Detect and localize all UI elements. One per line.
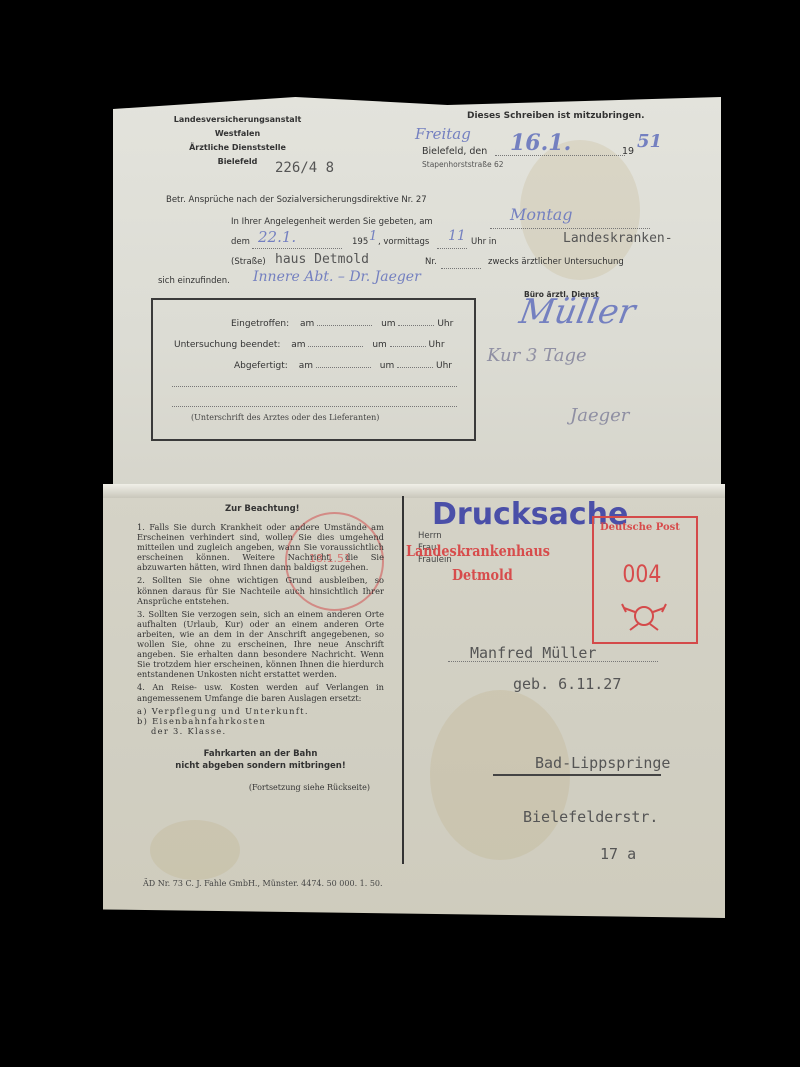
label-uhr: Uhr (429, 340, 445, 350)
handwritten-date: 16.1. (510, 130, 571, 156)
label-vormittags: , vormittags (378, 237, 429, 247)
ticket-notice-line: Fahrkarten an der Bahn (137, 748, 384, 760)
notice-sub-item: a) Verpflegung und Unterkunft. (137, 706, 384, 716)
issuer-line: Westfalen (150, 127, 325, 141)
year-prefix: 19 (622, 146, 634, 157)
subject-line: Betr. Ansprüche nach der Sozialversicher… (166, 195, 427, 205)
place-date-label: Bielefeld, den (422, 146, 487, 157)
row-dispatched: Abgefertigt: am um Uhr (234, 361, 452, 371)
label-am: am (299, 361, 313, 371)
notice-item: 1. Falls Sie durch Krankheit oder andere… (137, 522, 384, 572)
postage-meter-stamp: Deutsche Post 004 (592, 516, 698, 644)
city-underline (493, 774, 661, 776)
row-exam-finished: Untersuchung beendet: am um Uhr (174, 340, 445, 350)
row-label: Abgefertigt: (234, 361, 288, 371)
divider-line (402, 496, 404, 864)
office-address: Stapenhorststraße 62 (422, 160, 504, 169)
signature-line (172, 406, 457, 407)
label-report: sich einzufinden. (158, 276, 230, 286)
recipient-birth-date: geb. 6.11.27 (513, 675, 621, 693)
issuer-line: Landesversicherungsanstalt (150, 113, 325, 127)
handwritten-signature: Müller (516, 292, 638, 332)
exam-purpose-text: zwecks ärztlicher Untersuchung (488, 257, 624, 267)
label-uhr: Uhr (437, 319, 453, 329)
meter-value: 004 (622, 560, 661, 588)
fold-crease (103, 484, 725, 498)
recipient-house-number: 17 a (600, 845, 636, 863)
label-am: am (300, 319, 314, 329)
handwritten-appointment-weekday: Montag (510, 205, 573, 224)
pencil-note-initials: Jaeger (570, 405, 629, 426)
signature-caption: (Unterschrift des Arztes oder des Liefer… (191, 413, 379, 422)
handwritten-hour: 11 (448, 228, 466, 244)
handwritten-weekday: Freitag (415, 125, 471, 143)
row-label: Eingetroffen: (231, 319, 289, 329)
label-uhr-in: Uhr in (471, 237, 497, 247)
label-nr: Nr. (425, 257, 437, 267)
notice-item: 3. Sollten Sie verzogen sein, sich an ei… (137, 609, 384, 680)
label-year: 195 (352, 237, 368, 247)
label-um: um (380, 361, 394, 371)
recipient-city: Bad-Lippspringe (535, 754, 670, 772)
continuation-note: (Fortsetzung siehe Rückseite) (137, 783, 384, 793)
typed-hospital-line2: haus Detmold (275, 252, 369, 267)
ticket-notice: Fahrkarten an der Bahn nicht abgeben son… (137, 748, 384, 772)
bring-notice: Dieses Schreiben ist mitzubringen. (467, 111, 645, 121)
number-field (441, 257, 481, 269)
ticket-notice-line: nicht abgeben sondern mitbringen! (137, 760, 384, 772)
row-arrived: Eingetroffen: am um Uhr (231, 319, 453, 329)
post-horn-icon (620, 600, 670, 636)
notice-item: 2. Sollten Sie ohne wichtigen Grund ausb… (137, 575, 384, 605)
notice-sub-item: b) Eisenbahnfahrkosten (137, 716, 384, 726)
sender-stamp-line1: Landeskrankenhaus (406, 542, 550, 560)
handwritten-appointment-date: 22.1. (258, 228, 296, 246)
row-label: Untersuchung beendet: (174, 340, 280, 350)
printer-imprint: ÄD Nr. 73 C. J. Fahle GmbH., Münster. 44… (143, 879, 383, 888)
label-uhr: Uhr (436, 361, 452, 371)
label-strasse: (Straße) (231, 257, 266, 267)
typed-hospital-line1: Landeskranken- (563, 231, 673, 246)
signature-line (172, 386, 457, 387)
label-am: am (291, 340, 305, 350)
handwritten-year: 51 (637, 131, 662, 152)
issuer-line: Ärztliche Dienststelle (150, 141, 325, 155)
notice-item: 4. An Reise- usw. Kosten werden auf Verl… (137, 682, 384, 702)
handwritten-department: Innere Abt. – Dr. Jaeger (253, 269, 421, 285)
salutation: Herrn (418, 530, 452, 542)
pencil-note-cure-days: Kur 3 Tage (487, 345, 587, 366)
notice-title: Zur Beachtung! (225, 504, 300, 514)
recipient-street: Bielefelderstr. (523, 808, 658, 826)
notice-text: 1. Falls Sie durch Krankheit oder andere… (137, 522, 384, 793)
water-stain (150, 820, 240, 880)
file-number: 226/4 8 (275, 160, 334, 176)
request-text: In Ihrer Angelegenheit werden Sie gebete… (231, 217, 433, 227)
arrival-record-box: Eingetroffen: am um Uhr Untersuchung bee… (151, 298, 476, 441)
name-line (448, 661, 658, 662)
notice-sub-item: der 3. Klasse. (137, 726, 384, 736)
recipient-name: Manfred Müller (470, 644, 596, 662)
label-um: um (381, 319, 395, 329)
label-dem: dem (231, 237, 250, 247)
sender-stamp-line2: Detmold (452, 566, 513, 584)
meter-header: Deutsche Post (600, 522, 680, 533)
label-um: um (372, 340, 386, 350)
handwritten-year-digit: 1 (369, 229, 377, 244)
